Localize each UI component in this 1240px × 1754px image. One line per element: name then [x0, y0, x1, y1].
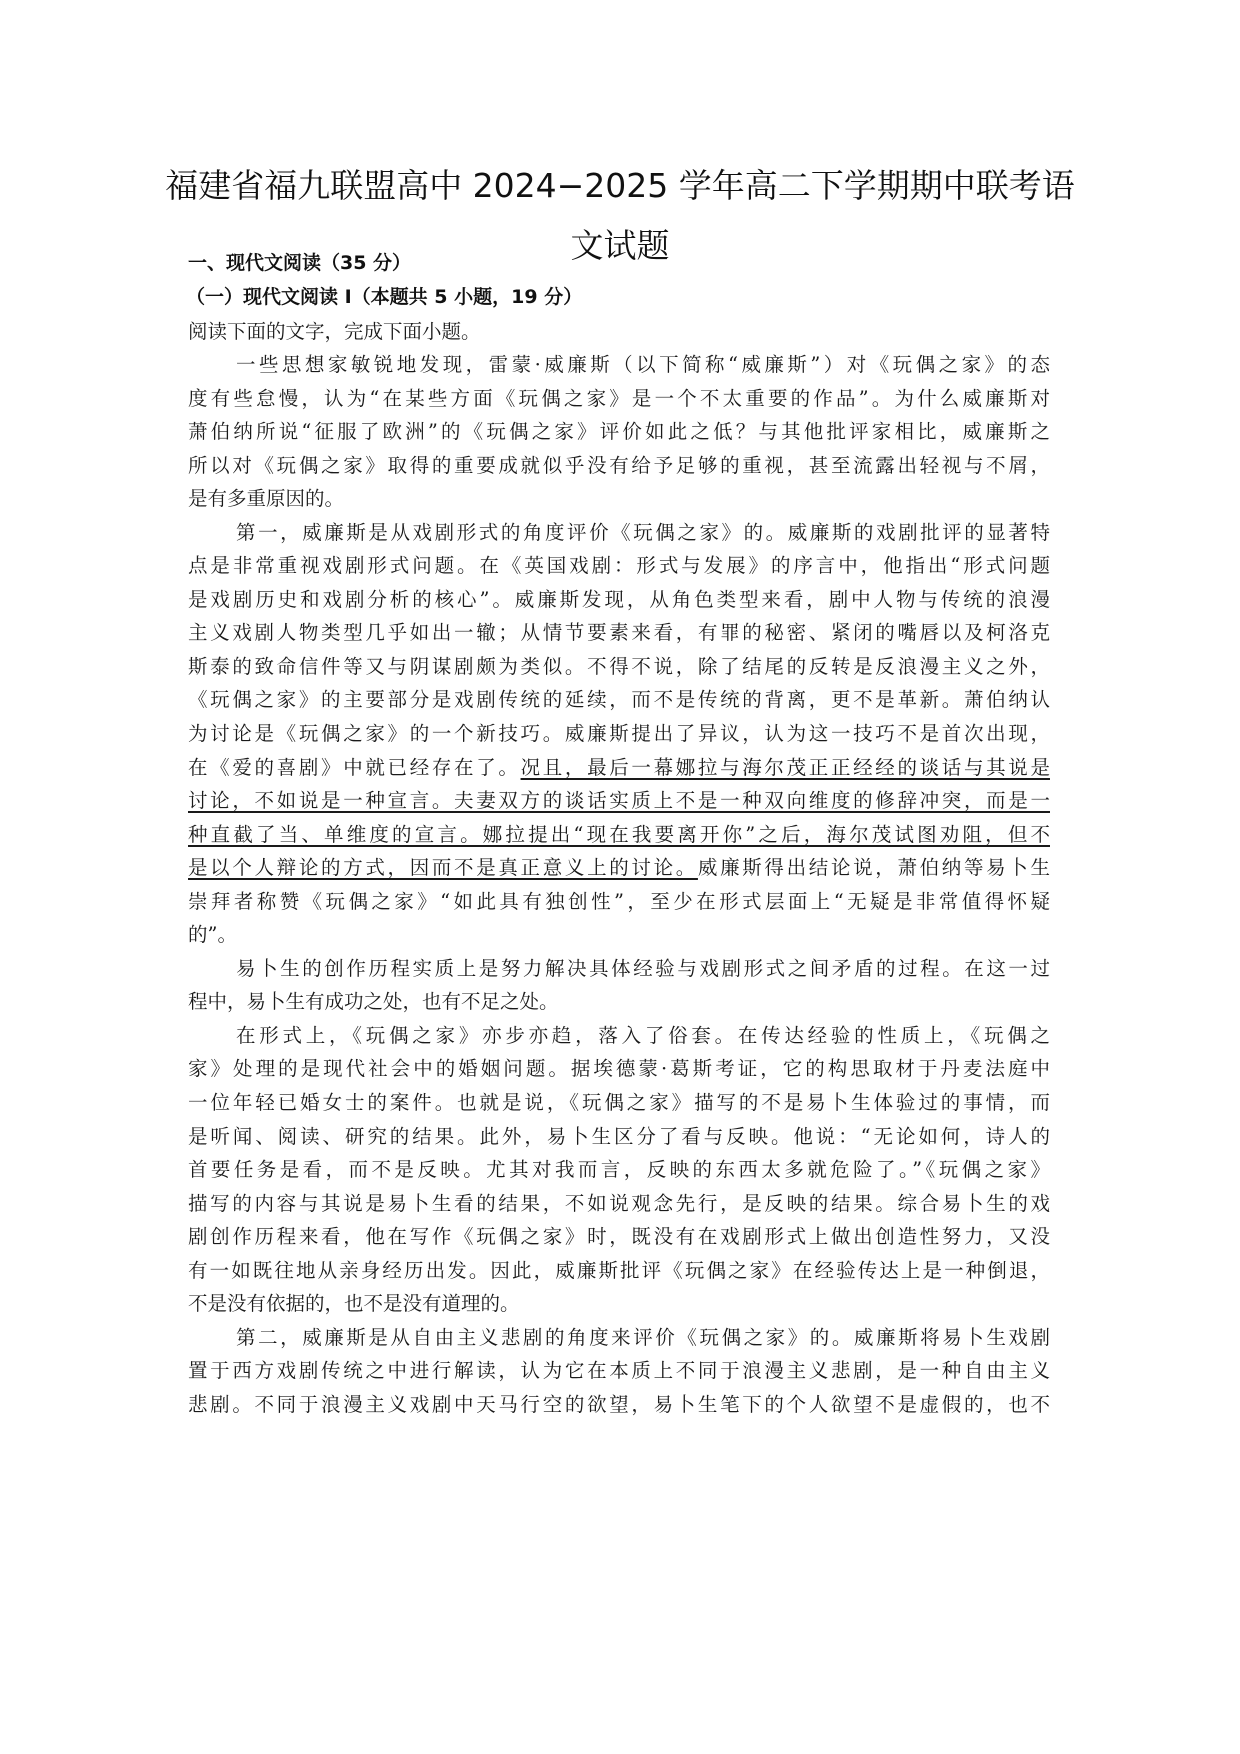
- passage-line: 程中，易卜生有成功之处，也有不足之处。: [188, 985, 1050, 1019]
- passage-line: 一位年轻已婚女士的案件。也就是说，《玩偶之家》描写的不是易卜生体验过的事情，而: [188, 1086, 1050, 1120]
- underlined-passage-text: 是以个人辩论的方式，因而不是真正意义上的讨论。: [188, 856, 698, 879]
- passage-line: 一些思想家敏锐地发现，雷蒙·威廉斯（以下简称“威廉斯”）对《玩偶之家》的态: [188, 348, 1050, 382]
- underlined-passage-text: 种直截了当、单维度的宣言。娜拉提出“现在我要离开你”之后，海尔茂试图劝阻，但不: [188, 823, 1050, 846]
- reading-instruction: 阅读下面的文字，完成下面小题。: [188, 316, 481, 344]
- passage-line: 在《爱的喜剧》中就已经存在了。况且，最后一幕娜拉与海尔茂正正经经的谈话与其说是: [188, 751, 1050, 785]
- subsection-heading: （一）现代文阅读 I（本题共 5 小题，19 分）: [186, 282, 582, 309]
- passage-line: 第二，威廉斯是从自由主义悲剧的角度来评价《玩偶之家》的。威廉斯将易卜生戏剧: [188, 1321, 1050, 1355]
- document-title-line-2: 文试题: [0, 220, 1240, 267]
- passage-text: 威廉斯得出结论说，萧伯纳等易卜生: [698, 856, 1050, 879]
- passage-line: 描写的内容与其说是易卜生看的结果，不如说观念先行，是反映的结果。综合易卜生的戏: [188, 1187, 1050, 1221]
- passage-line: 是以个人辩论的方式，因而不是真正意义上的讨论。威廉斯得出结论说，萧伯纳等易卜生: [188, 851, 1050, 885]
- passage-line: 在形式上，《玩偶之家》亦步亦趋，落入了俗套。在传达经验的性质上，《玩偶之: [188, 1019, 1050, 1053]
- passage-body: 一些思想家敏锐地发现，雷蒙·威廉斯（以下简称“威廉斯”）对《玩偶之家》的态度有些…: [188, 348, 1050, 1422]
- passage-line: 第一，威廉斯是从戏剧形式的角度评价《玩偶之家》的。威廉斯的戏剧批评的显著特: [188, 516, 1050, 550]
- passage-text: 在《爱的喜剧》中就已经存在了。: [188, 756, 521, 779]
- passage-line: 《玩偶之家》的主要部分是戏剧传统的延续，而不是传统的背离，更不是革新。萧伯纳认: [188, 683, 1050, 717]
- passage-line: 不是没有依据的，也不是没有道理的。: [188, 1287, 1050, 1321]
- underlined-passage-text: 讨论，不如说是一种宣言。夫妻双方的谈话实质上不是一种双向维度的修辞冲突，而是一: [188, 789, 1050, 812]
- passage-line: 悲剧。不同于浪漫主义戏剧中天马行空的欲望，易卜生笔下的个人欲望不是虚假的，也不: [188, 1388, 1050, 1422]
- underlined-passage-text: 况且，最后一幕娜拉与海尔茂正正经经的谈话与其说是: [521, 756, 1050, 779]
- passage-line: 所以对《玩偶之家》取得的重要成就似乎没有给予足够的重视，甚至流露出轻视与不屑，: [188, 449, 1050, 483]
- passage-line: 种直截了当、单维度的宣言。娜拉提出“现在我要离开你”之后，海尔茂试图劝阻，但不: [188, 818, 1050, 852]
- passage-line: 点是非常重视戏剧形式问题。在《英国戏剧：形式与发展》的序言中，他指出“形式问题: [188, 549, 1050, 583]
- passage-line: 置于西方戏剧传统之中进行解读，认为它在本质上不同于浪漫主义悲剧，是一种自由主义: [188, 1354, 1050, 1388]
- passage-line: 为讨论是《玩偶之家》的一个新技巧。威廉斯提出了异议，认为这一技巧不是首次出现，: [188, 717, 1050, 751]
- passage-line: 首要任务是看，而不是反映。尤其对我而言，反映的东西太多就危险了。”《玩偶之家》: [188, 1153, 1050, 1187]
- document-page: 福建省福九联盟高中 2024−2025 学年高二下学期期中联考语 文试题 一、现…: [0, 0, 1240, 1754]
- passage-line: 度有些怠慢，认为“在某些方面《玩偶之家》是一个不太重要的作品”。为什么威廉斯对: [188, 382, 1050, 416]
- passage-line: 主义戏剧人物类型几乎如出一辙；从情节要素来看，有罪的秘密、紧闭的嘴唇以及柯洛克: [188, 616, 1050, 650]
- passage-line: 崇拜者称赞《玩偶之家》“如此具有独创性”，至少在形式层面上“无疑是非常值得怀疑: [188, 885, 1050, 919]
- passage-line: 有一如既往地从亲身经历出发。因此，威廉斯批评《玩偶之家》在经验传达上是一种倒退，: [188, 1254, 1050, 1288]
- passage-line: 萧伯纳所说“征服了欧洲”的《玩偶之家》评价如此之低？与其他批评家相比，威廉斯之: [188, 415, 1050, 449]
- passage-line: 剧创作历程来看，他在写作《玩偶之家》时，既没有在戏剧形式上做出创造性努力，又没: [188, 1220, 1050, 1254]
- passage-line: 是有多重原因的。: [188, 482, 1050, 516]
- passage-line: 斯泰的致命信件等又与阴谋剧颇为类似。不得不说，除了结尾的反转是反浪漫主义之外，: [188, 650, 1050, 684]
- passage-line: 讨论，不如说是一种宣言。夫妻双方的谈话实质上不是一种双向维度的修辞冲突，而是一: [188, 784, 1050, 818]
- passage-line: 是听闻、阅读、研究的结果。此外，易卜生区分了看与反映。他说：“无论如何，诗人的: [188, 1120, 1050, 1154]
- passage-line: 是戏剧历史和戏剧分析的核心”。威廉斯发现，从角色类型来看，剧中人物与传统的浪漫: [188, 583, 1050, 617]
- passage-line: 家》处理的是现代社会中的婚姻问题。据埃德蒙·葛斯考证，它的构思取材于丹麦法庭中: [188, 1052, 1050, 1086]
- passage-line: 的”。: [188, 918, 1050, 952]
- document-title-line-1: 福建省福九联盟高中 2024−2025 学年高二下学期期中联考语: [0, 160, 1240, 207]
- section-heading: 一、现代文阅读（35 分）: [188, 248, 411, 275]
- passage-line: 易卜生的创作历程实质上是努力解决具体经验与戏剧形式之间矛盾的过程。在这一过: [188, 952, 1050, 986]
